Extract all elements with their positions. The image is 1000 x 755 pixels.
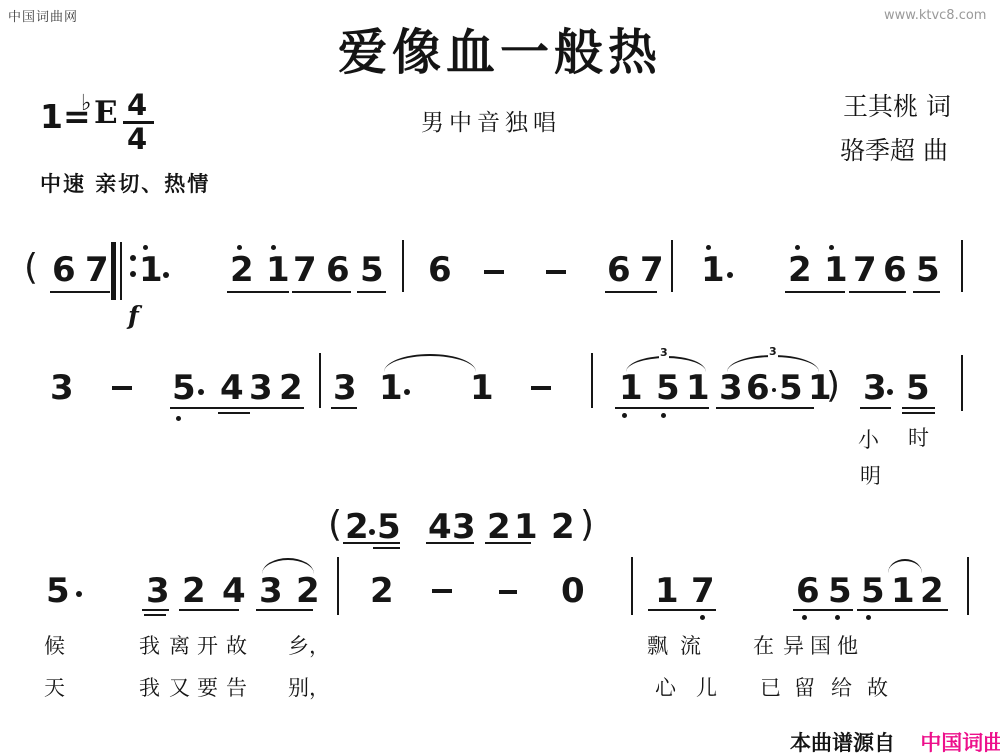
lyric-syllable: 在 — [753, 634, 774, 658]
lyric-syllable: 流 — [680, 634, 701, 658]
lyric-syllable: 又 — [169, 676, 190, 700]
sheet-music-page: 中国词曲网 www.ktvc8.com 爱像血一般热 男中音独唱 王其桃 词 骆… — [0, 0, 1000, 755]
lyric-syllable: 告 — [226, 676, 247, 700]
lyric-syllable: 儿 — [696, 676, 717, 700]
lyric-syllable: 已 — [760, 676, 781, 700]
lyric-syllable: 开 — [197, 634, 218, 658]
lyric-syllable: 我 — [139, 676, 160, 700]
lyric-syllable: 他 — [837, 634, 858, 658]
lyric-syllable: 故 — [226, 634, 247, 658]
lyric-syllable: 离 — [169, 634, 190, 658]
lyric-syllable: 故 — [867, 676, 888, 700]
lyric-syllable: 飘 — [647, 634, 668, 658]
footer: 本曲谱源自 中国词曲网 — [790, 727, 1000, 755]
lyric-syllable: 乡， — [288, 634, 330, 658]
lyric-syllable: 小 — [858, 428, 879, 452]
lyric-syllable: 国 — [810, 634, 831, 658]
lyric-syllable: 要 — [197, 676, 218, 700]
lyric-syllable: 天 — [44, 676, 65, 700]
lyric-syllable: 异 — [783, 634, 804, 658]
footer-site-name: 中国词曲网 — [920, 731, 1000, 755]
lyrics: 小时明候我离开故乡，飘流在异国他天我又要告别，心儿已留给故 — [0, 0, 1000, 755]
lyric-syllable: 我 — [139, 634, 160, 658]
lyric-syllable: 明 — [860, 464, 881, 488]
lyric-syllable: 留 — [794, 676, 815, 700]
lyric-syllable: 时 — [908, 426, 929, 450]
lyric-syllable: 心 — [655, 676, 676, 700]
footer-source-label: 本曲谱源自 — [790, 731, 895, 755]
lyric-syllable: 别， — [288, 676, 330, 700]
lyric-syllable: 候 — [44, 634, 65, 658]
lyric-syllable: 给 — [831, 676, 852, 700]
